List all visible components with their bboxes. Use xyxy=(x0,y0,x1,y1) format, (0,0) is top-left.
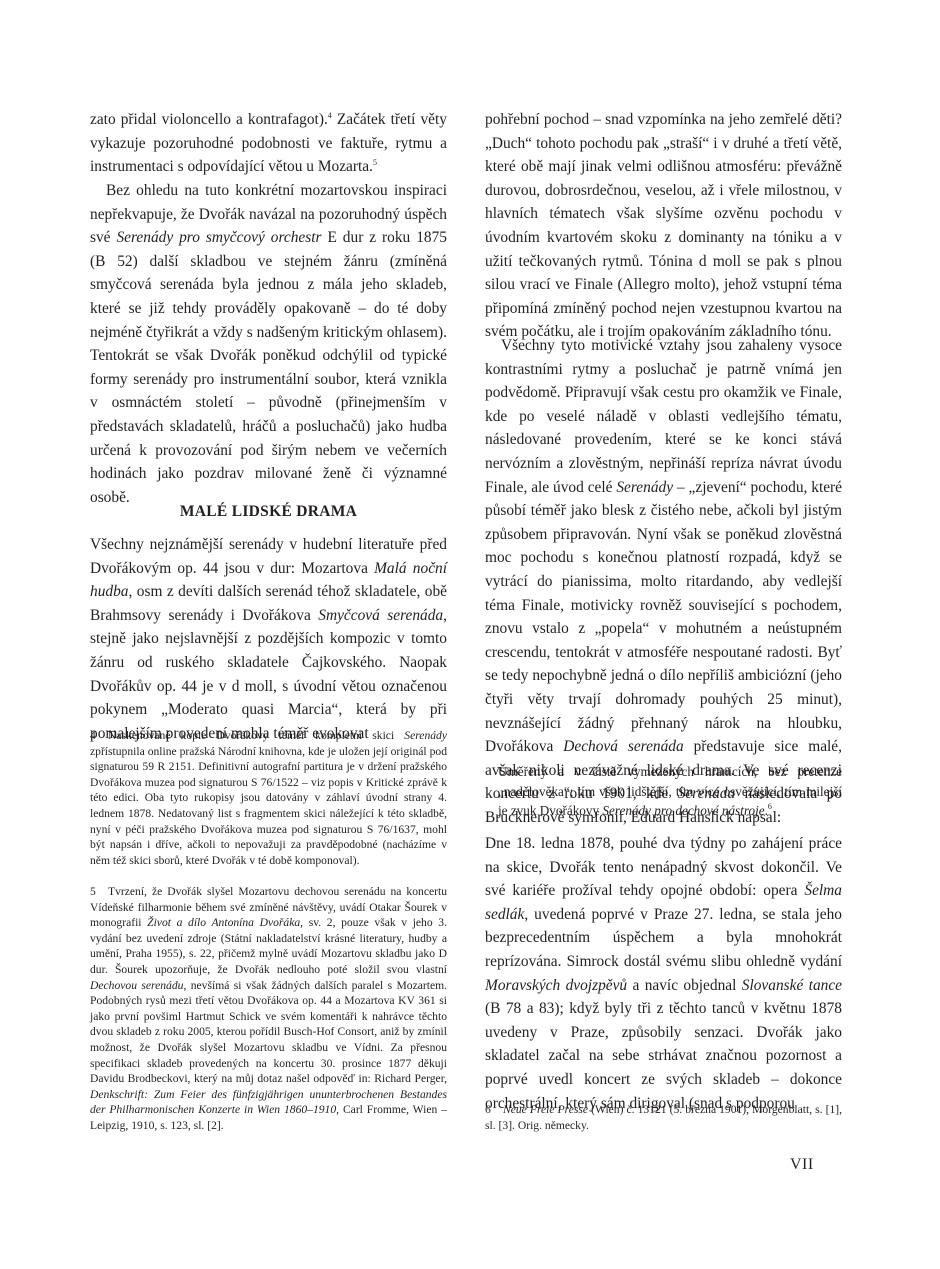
left-column: zato přidal violoncello a kontrafagot).4… xyxy=(90,108,447,1168)
body-paragraph: Všechny nejznámější serenády v hudební l… xyxy=(90,533,447,745)
footnote: 4Naskenované kopie Dvořákovy téměř kompl… xyxy=(90,728,447,868)
body-paragraph: Bez ohledu na tuto konkrétní mozartovsko… xyxy=(90,179,447,509)
footnote-number: 4 xyxy=(90,728,108,744)
section-heading: MALÉ LIDSKÉ DRAMA xyxy=(90,503,447,521)
footnote-number: 5 xyxy=(90,884,108,900)
footnote: 5Tvrzení, že Dvořák slyšel Mozartovu dec… xyxy=(90,884,447,1134)
block-quote: Uměřený a v čistě vymezených hranicích, … xyxy=(485,762,842,821)
footnote-ref[interactable]: 6 xyxy=(768,802,772,811)
body-paragraph: zato přidal violoncello a kontrafagot).4… xyxy=(90,108,447,179)
footnote-ref[interactable]: 5 xyxy=(373,158,377,167)
footnote: 6Neue Freie Presse (Wien) č. 13121 (5. b… xyxy=(485,1102,842,1133)
right-column: pohřební pochod – snad vzpomínka na jeho… xyxy=(485,108,842,1168)
body-paragraph: pohřební pochod – snad vzpomínka na jeho… xyxy=(485,108,842,344)
footnote-number: 6 xyxy=(485,1102,503,1118)
body-paragraph: Všechny tyto motivické vztahy jsou zahal… xyxy=(485,334,842,829)
page-number: VII xyxy=(790,1156,814,1174)
body-paragraph: Dne 18. ledna 1878, pouhé dva týdny po z… xyxy=(485,832,842,1115)
